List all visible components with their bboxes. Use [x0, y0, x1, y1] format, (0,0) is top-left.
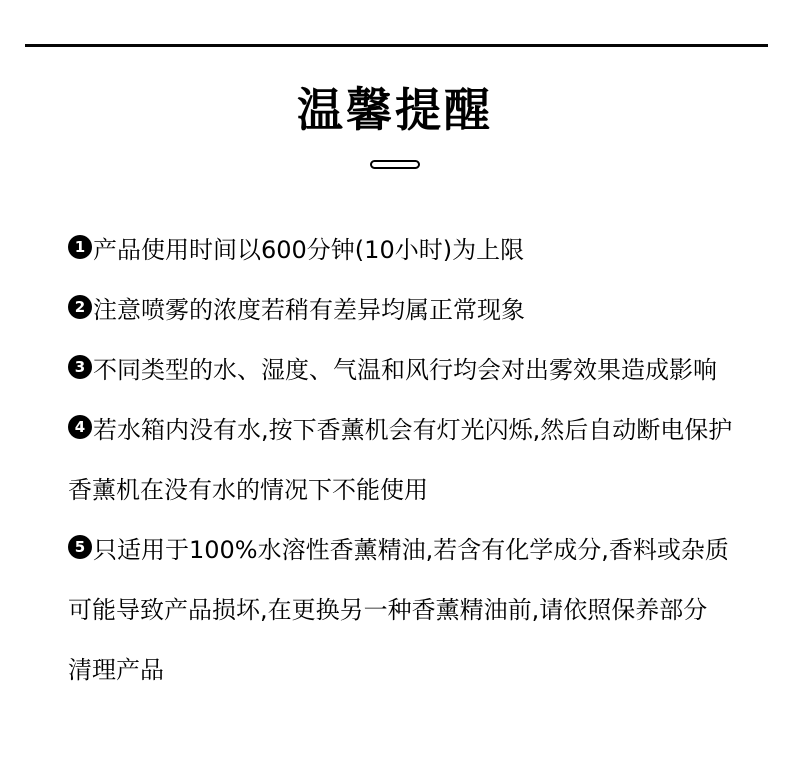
page-title: 温馨提醒 — [0, 84, 790, 136]
note-text: 产品使用时间以600分钟(10小时)为上限 — [93, 230, 524, 265]
note-text: 不同类型的水、湿度、气温和风行均会对出雾效果造成影响 — [93, 350, 717, 385]
note-text: 香薰机在没有水的情况下不能使用 — [68, 470, 428, 505]
note-line-5-continued-2: 清理产品 — [68, 637, 760, 697]
note-line-5-continued: 可能导致产品损坏,在更换另一种香薰精油前,请依照保养部分 — [68, 577, 760, 637]
note-line-4: 4 若水箱内没有水,按下香薰机会有灯光闪烁,然后自动断电保护 — [68, 397, 760, 457]
note-text: 若水箱内没有水,按下香薰机会有灯光闪烁,然后自动断电保护 — [93, 410, 732, 445]
numbered-circle-3-icon: 3 — [68, 355, 92, 379]
notice-page: 温馨提醒 1 产品使用时间以600分钟(10小时)为上限 2 注意喷雾的浓度若稍… — [0, 0, 790, 780]
note-text: 只适用于100%水溶性香薰精油,若含有化学成分,香料或杂质 — [93, 530, 729, 565]
note-line-3: 3 不同类型的水、湿度、气温和风行均会对出雾效果造成影响 — [68, 337, 760, 397]
note-line-2: 2 注意喷雾的浓度若稍有差异均属正常现象 — [68, 277, 760, 337]
note-text: 可能导致产品损坏,在更换另一种香薰精油前,请依照保养部分 — [68, 590, 707, 625]
title-underline-pill-icon — [370, 160, 420, 169]
numbered-circle-4-icon: 4 — [68, 415, 92, 439]
numbered-circle-2-icon: 2 — [68, 295, 92, 319]
note-line-1: 1 产品使用时间以600分钟(10小时)为上限 — [68, 217, 760, 277]
note-text: 注意喷雾的浓度若稍有差异均属正常现象 — [93, 290, 525, 325]
note-line-5: 5 只适用于100%水溶性香薰精油,若含有化学成分,香料或杂质 — [68, 517, 760, 577]
top-divider — [25, 44, 768, 47]
note-line-4-continued: 香薰机在没有水的情况下不能使用 — [68, 457, 760, 517]
notes-list: 1 产品使用时间以600分钟(10小时)为上限 2 注意喷雾的浓度若稍有差异均属… — [68, 217, 760, 697]
numbered-circle-5-icon: 5 — [68, 535, 92, 559]
numbered-circle-1-icon: 1 — [68, 235, 92, 259]
note-text: 清理产品 — [68, 650, 164, 685]
